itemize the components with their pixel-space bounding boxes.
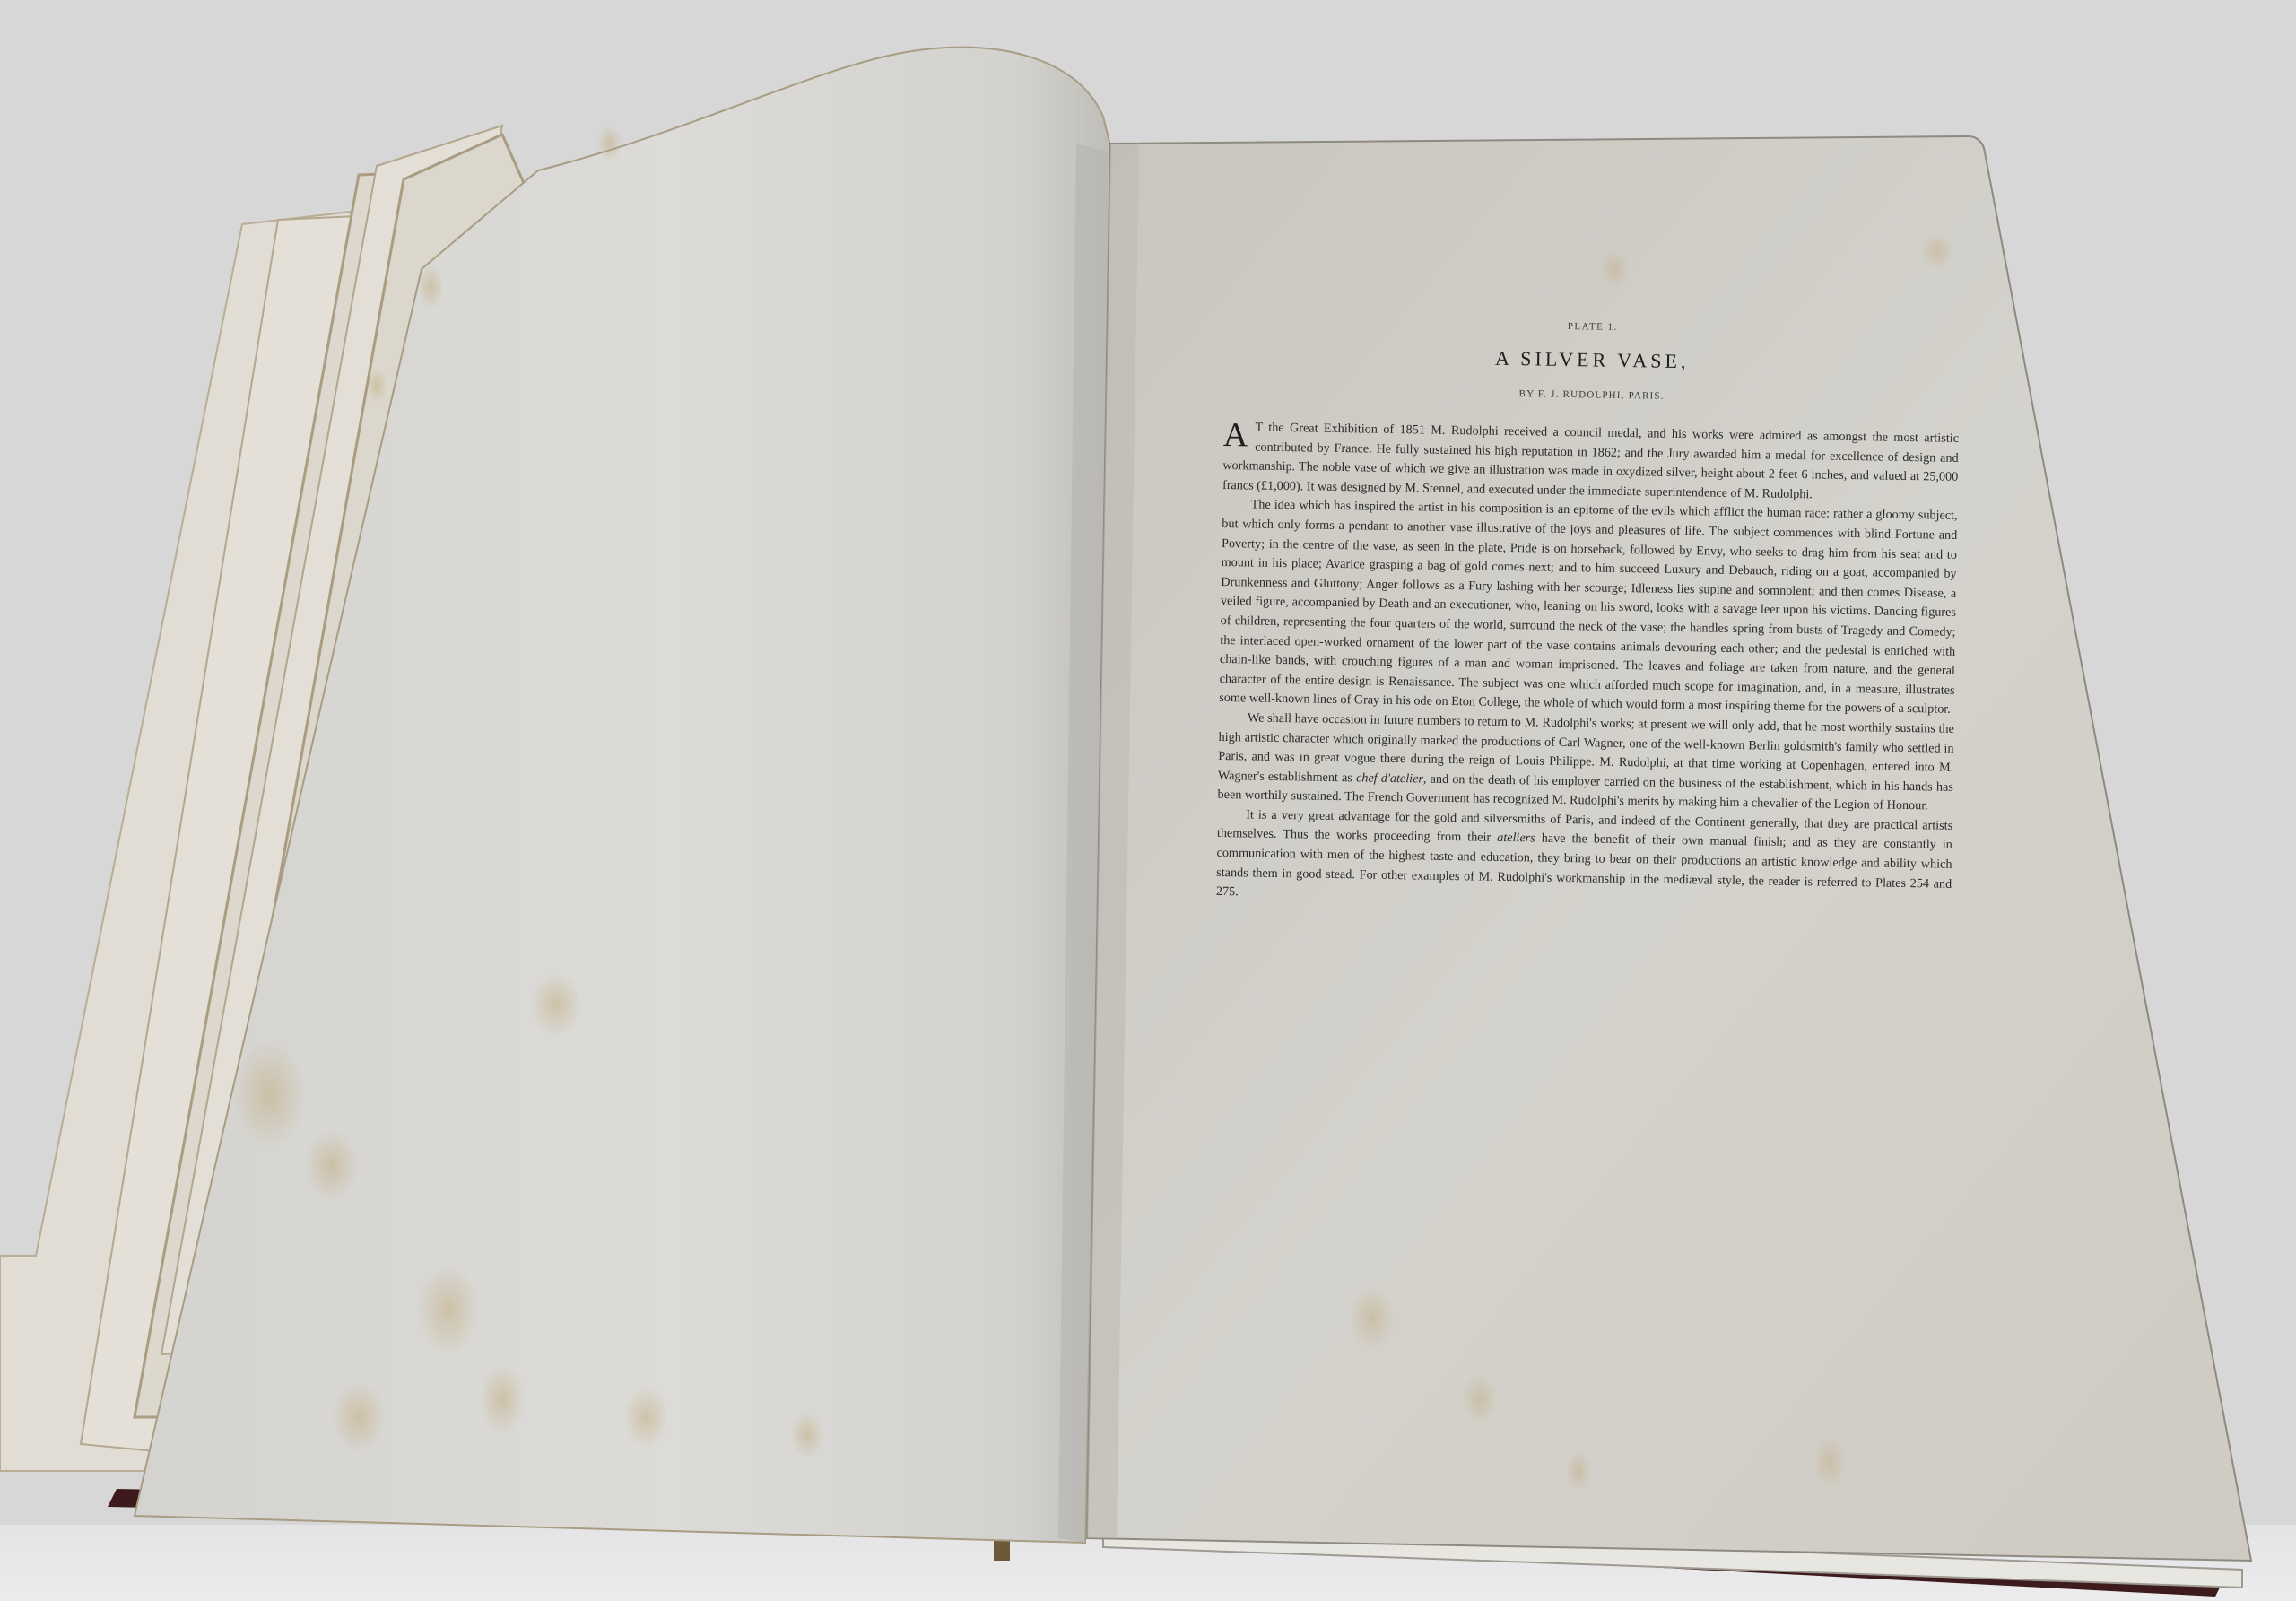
drop-cap: A [1223, 420, 1248, 450]
paragraph-2: The idea which has inspired the artist i… [1219, 495, 1958, 719]
page-title: A SILVER VASE, [1224, 343, 1960, 378]
paragraph-3: We shall have occasion in future numbers… [1217, 709, 1954, 817]
paragraph-4: It is a very great advantage for the gol… [1216, 805, 1953, 914]
right-page-text: PLATE 1. A SILVER VASE, BY F. J. RUDOLPH… [1216, 316, 1961, 914]
paragraph-1: AT the Great Exhibition of 1851 M. Rudol… [1222, 418, 1959, 507]
byline: BY F. J. RUDOLPHI, PARIS. [1224, 384, 1960, 406]
photo-scene: PLATE 1. A SILVER VASE, BY F. J. RUDOLPH… [0, 0, 2296, 1601]
